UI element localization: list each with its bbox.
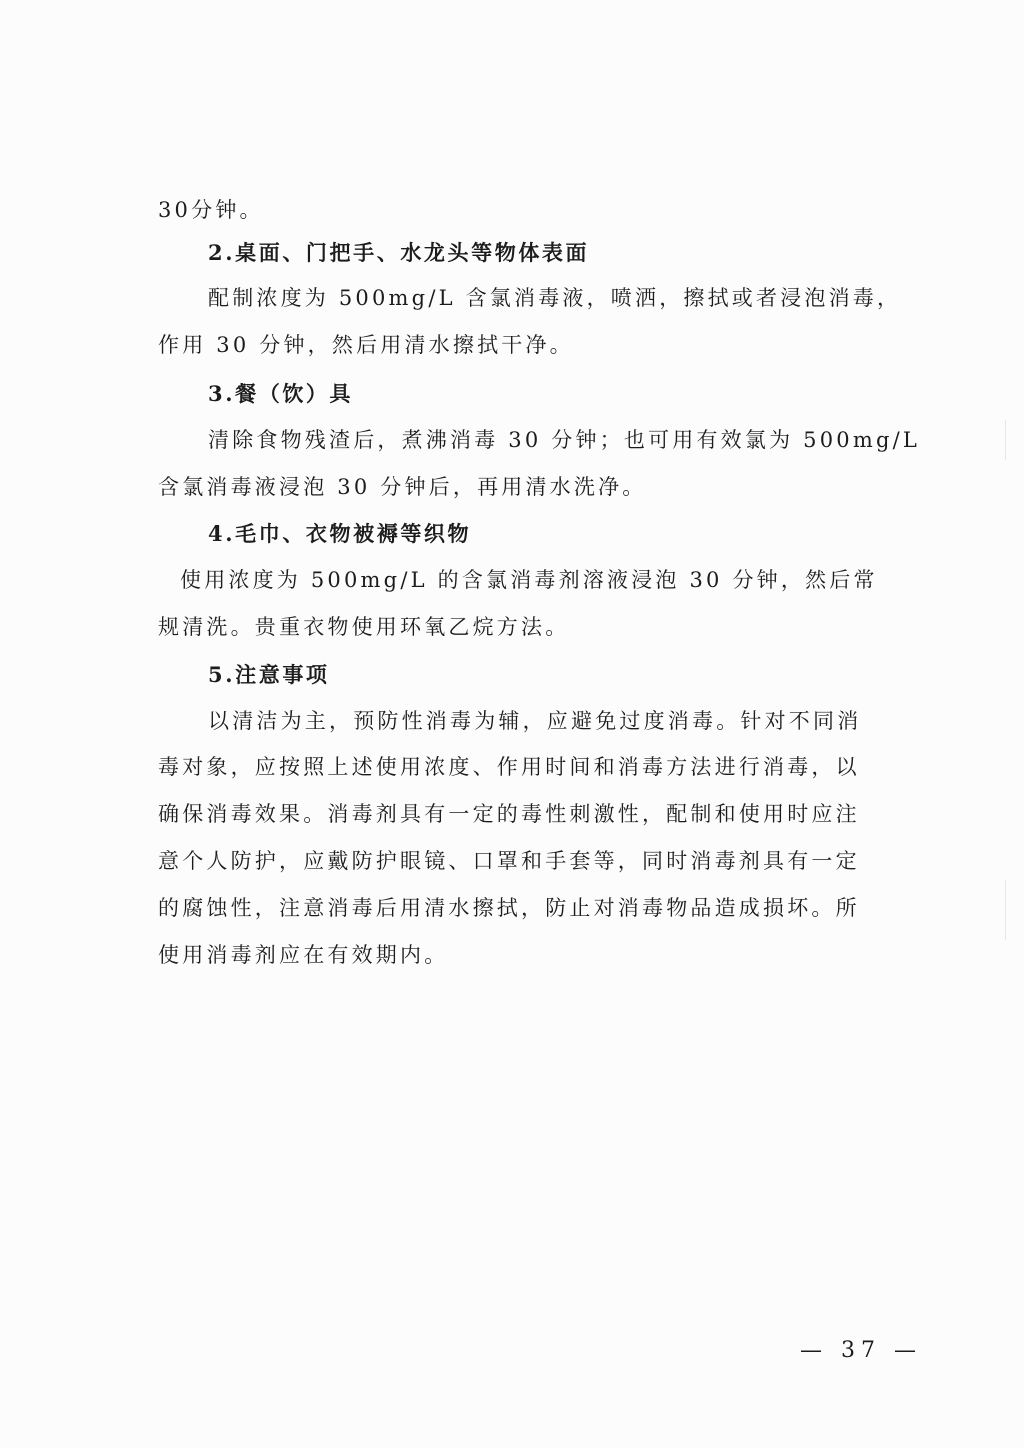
body-line: 规清洗。贵重衣物使用环氧乙烷方法。 (158, 612, 569, 642)
body-line: 确保消毒效果。消毒剂具有一定的毒性刺激性，配制和使用时应注 (158, 799, 860, 829)
body-line: 使用消毒剂应在有效期内。 (158, 940, 448, 970)
body-line: 使用浓度为 500mg/L 的含氯消毒剂溶液浸泡 30 分钟，然后常 (180, 565, 878, 595)
body-line: 含氯消毒液浸泡 30 分钟后，再用清水洗净。 (158, 472, 646, 502)
section-heading-4: 4.毛巾、衣物被褥等织物 (208, 519, 471, 549)
body-line: 配制浓度为 500mg/L 含氯消毒液，喷洒，擦拭或者浸泡消毒， (208, 283, 901, 313)
document-page: 30分钟。 2.桌面、门把手、水龙头等物体表面 配制浓度为 500mg/L 含氯… (0, 0, 1024, 1448)
body-line: 以清洁为主，预防性消毒为辅，应避免过度消毒。针对不同消 (208, 706, 861, 736)
body-line: 作用 30 分钟，然后用清水擦拭干净。 (158, 330, 574, 360)
body-line: 30分钟。 (158, 195, 264, 225)
section-heading-5: 5.注意事项 (208, 660, 330, 690)
body-line: 意个人防护，应戴防护眼镜、口罩和手套等，同时消毒剂具有一定 (158, 846, 860, 876)
body-line: 的腐蚀性，注意消毒后用清水擦拭，防止对消毒物品造成损坏。所 (158, 893, 860, 923)
scan-artifact (1005, 420, 1006, 460)
page-number: — 37 — (800, 1338, 922, 1363)
scan-artifact (1005, 880, 1006, 940)
section-heading-2: 2.桌面、门把手、水龙头等物体表面 (208, 238, 589, 268)
body-line: 毒对象，应按照上述使用浓度、作用时间和消毒方法进行消毒，以 (158, 752, 860, 782)
body-line: 清除食物残渣后，煮沸消毒 30 分钟；也可用有效氯为 500mg/L (208, 425, 920, 455)
section-heading-3: 3.餐（饮）具 (208, 379, 353, 409)
